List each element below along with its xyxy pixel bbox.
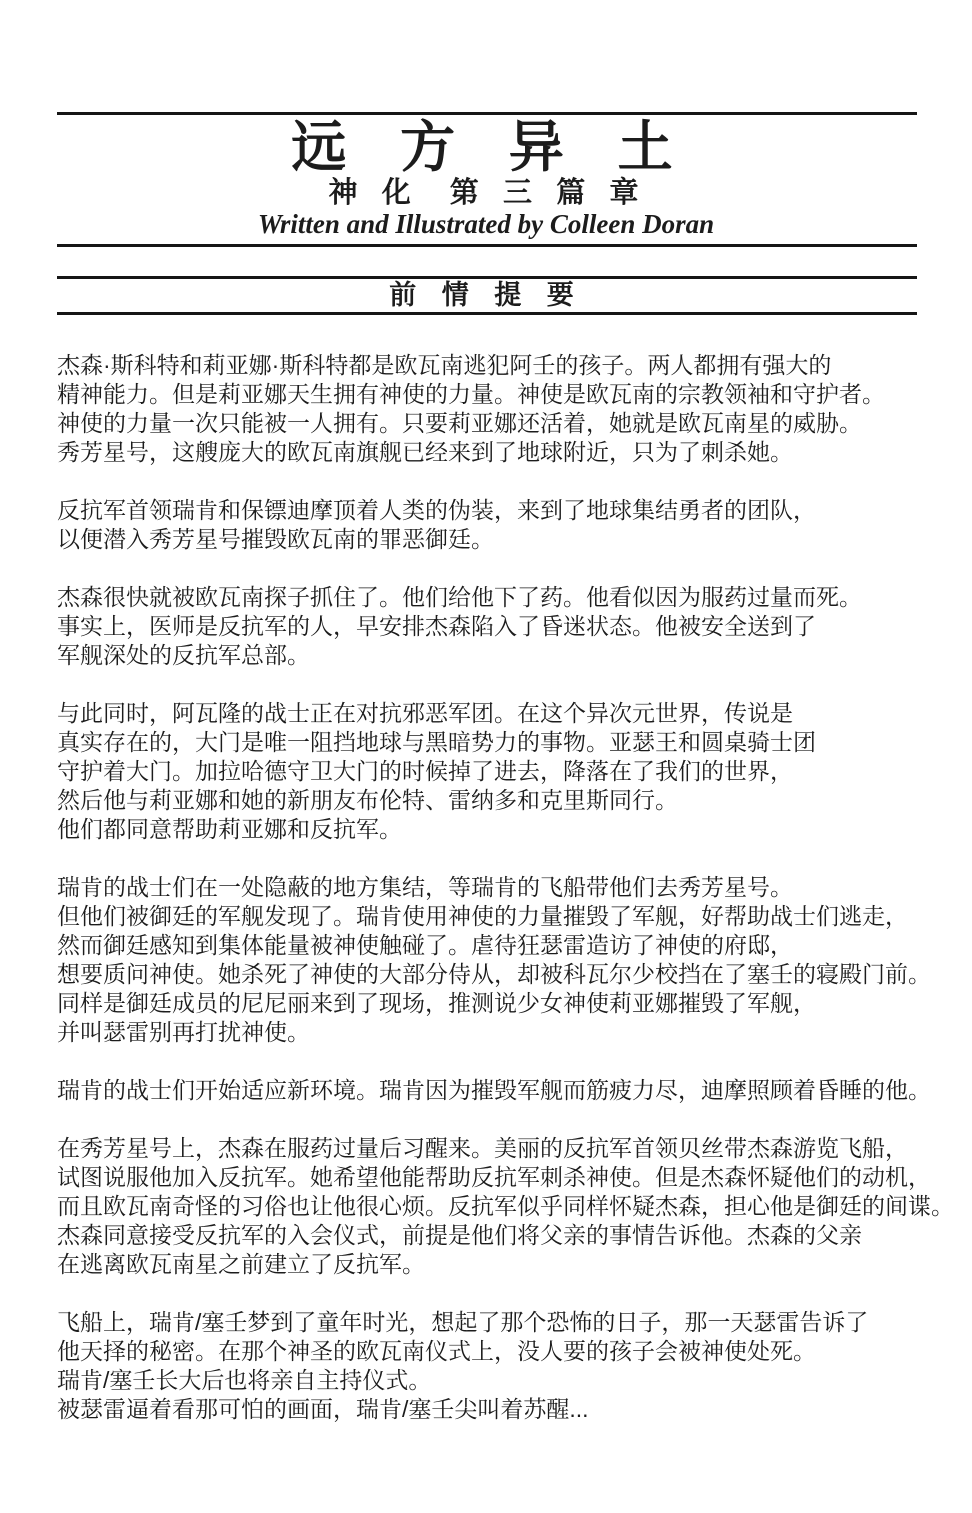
synopsis-paragraph-6: 瑞肯的战士们开始适应新环境。瑞肯因为摧毁军舰而筋疲力尽，迪摩照顾着昏睡的他。 <box>57 1076 958 1105</box>
divider-recap-bottom <box>57 312 917 315</box>
text-line: 以便潜入秀芳星号摧毁欧瓦南的罪恶御廷。 <box>57 525 958 554</box>
text-line: 神使的力量一次只能被一人拥有。只要莉亚娜还活着，她就是欧瓦南星的威胁。 <box>57 409 958 438</box>
synopsis-paragraph-5: 瑞肯的战士们在一处隐蔽的地方集结，等瑞肯的飞船带他们去秀芳星号。 但他们被御廷的… <box>57 873 958 1047</box>
text-line: 杰森很快就被欧瓦南探子抓住了。他们给他下了药。他看似因为服药过量而死。 <box>57 583 958 612</box>
synopsis-paragraph-3: 杰森很快就被欧瓦南探子抓住了。他们给他下了药。他看似因为服药过量而死。 事实上，… <box>57 583 958 670</box>
text-line: 秀芳星号，这艘庞大的欧瓦南旗舰已经来到了地球附近，只为了刺杀她。 <box>57 438 958 467</box>
text-line: 飞船上，瑞肯/塞壬梦到了童年时光，想起了那个恐怖的日子，那一天瑟雷告诉了 <box>57 1308 958 1337</box>
text-line: 军舰深处的反抗军总部。 <box>57 641 958 670</box>
text-line: 杰森同意接受反抗军的入会仪式，前提是他们将父亲的事情告诉他。杰森的父亲 <box>57 1221 958 1250</box>
text-line: 瑞肯/塞壬长大后也将亲自主持仪式。 <box>57 1366 958 1395</box>
text-line: 然而御廷感知到集体能量被神使触碰了。虐待狂瑟雷造访了神使的府邸， <box>57 931 958 960</box>
divider-title-bottom <box>57 244 917 247</box>
divider-title-top <box>57 112 917 115</box>
text-line: 而且欧瓦南奇怪的习俗也让他很心烦。反抗军似乎同样怀疑杰森，担心他是御廷的间谍。 <box>57 1192 958 1221</box>
synopsis-paragraph-4: 与此同时，阿瓦隆的战士正在对抗邪恶军团。在这个异次元世界，传说是 真实存在的，大… <box>57 699 958 844</box>
page-subtitle: 神 化 第 三 篇 章 <box>0 177 972 209</box>
synopsis-paragraph-8: 飞船上，瑞肯/塞壬梦到了童年时光，想起了那个恐怖的日子，那一天瑟雷告诉了 他天择… <box>57 1308 958 1424</box>
synopsis-paragraph-1: 杰森·斯科特和莉亚娜·斯科特都是欧瓦南逃犯阿壬的孩子。两人都拥有强大的 精神能力… <box>57 351 958 467</box>
text-line: 试图说服他加入反抗军。她希望他能帮助反抗军刺杀神使。但是杰森怀疑他们的动机， <box>57 1163 958 1192</box>
text-line: 杰森·斯科特和莉亚娜·斯科特都是欧瓦南逃犯阿壬的孩子。两人都拥有强大的 <box>57 351 958 380</box>
text-line: 但他们被御廷的军舰发现了。瑞肯使用神使的力量摧毁了军舰，好帮助战士们逃走， <box>57 902 958 931</box>
text-line: 瑞肯的战士们开始适应新环境。瑞肯因为摧毁军舰而筋疲力尽，迪摩照顾着昏睡的他。 <box>57 1076 958 1105</box>
text-line: 他天择的秘密。在那个神圣的欧瓦南仪式上，没人要的孩子会被神使处死。 <box>57 1337 958 1366</box>
synopsis-paragraph-7: 在秀芳星号上，杰森在服药过量后习醒来。美丽的反抗军首领贝丝带杰森游览飞船， 试图… <box>57 1134 958 1279</box>
page-title: 远 方 异 土 <box>0 119 972 177</box>
author-credit: Written and Illustrated by Colleen Doran <box>0 209 972 239</box>
text-line: 想要质问神使。她杀死了神使的大部分侍从，却被科瓦尔少校挡在了塞壬的寝殿门前。 <box>57 960 958 989</box>
text-line: 他们都同意帮助莉亚娜和反抗军。 <box>57 815 958 844</box>
text-line: 在秀芳星号上，杰森在服药过量后习醒来。美丽的反抗军首领贝丝带杰森游览飞船， <box>57 1134 958 1163</box>
text-line: 同样是御廷成员的尼尼丽来到了现场，推测说少女神使莉亚娜摧毁了军舰， <box>57 989 958 1018</box>
text-line: 与此同时，阿瓦隆的战士正在对抗邪恶军团。在这个异次元世界，传说是 <box>57 699 958 728</box>
text-line: 守护着大门。加拉哈德守卫大门的时候掉了进去，降落在了我们的世界， <box>57 757 958 786</box>
text-line: 精神能力。但是莉亚娜天生拥有神使的力量。神使是欧瓦南的宗教领袖和守护者。 <box>57 380 958 409</box>
synopsis-body: 杰森·斯科特和莉亚娜·斯科特都是欧瓦南逃犯阿壬的孩子。两人都拥有强大的 精神能力… <box>57 351 958 1424</box>
text-line: 被瑟雷逼着看那可怕的画面，瑞肯/塞壬尖叫着苏醒... <box>57 1395 958 1424</box>
text-line: 反抗军首领瑞肯和保镖迪摩顶着人类的伪装，来到了地球集结勇者的团队， <box>57 496 958 525</box>
synopsis-paragraph-2: 反抗军首领瑞肯和保镖迪摩顶着人类的伪装，来到了地球集结勇者的团队， 以便潜入秀芳… <box>57 496 958 554</box>
recap-heading: 前 情 提 要 <box>0 279 972 312</box>
text-line: 瑞肯的战士们在一处隐蔽的地方集结，等瑞肯的飞船带他们去秀芳星号。 <box>57 873 958 902</box>
text-line: 然后他与莉亚娜和她的新朋友布伦特、雷纳多和克里斯同行。 <box>57 786 958 815</box>
text-line: 在逃离欧瓦南星之前建立了反抗军。 <box>57 1250 958 1279</box>
text-line: 真实存在的，大门是唯一阻挡地球与黑暗势力的事物。亚瑟王和圆桌骑士团 <box>57 728 958 757</box>
text-line: 事实上，医师是反抗军的人，早安排杰森陷入了昏迷状态。他被安全送到了 <box>57 612 958 641</box>
document-page: 远 方 异 土 神 化 第 三 篇 章 Written and Illustra… <box>0 0 972 1513</box>
text-line: 并叫瑟雷别再打扰神使。 <box>57 1018 958 1047</box>
